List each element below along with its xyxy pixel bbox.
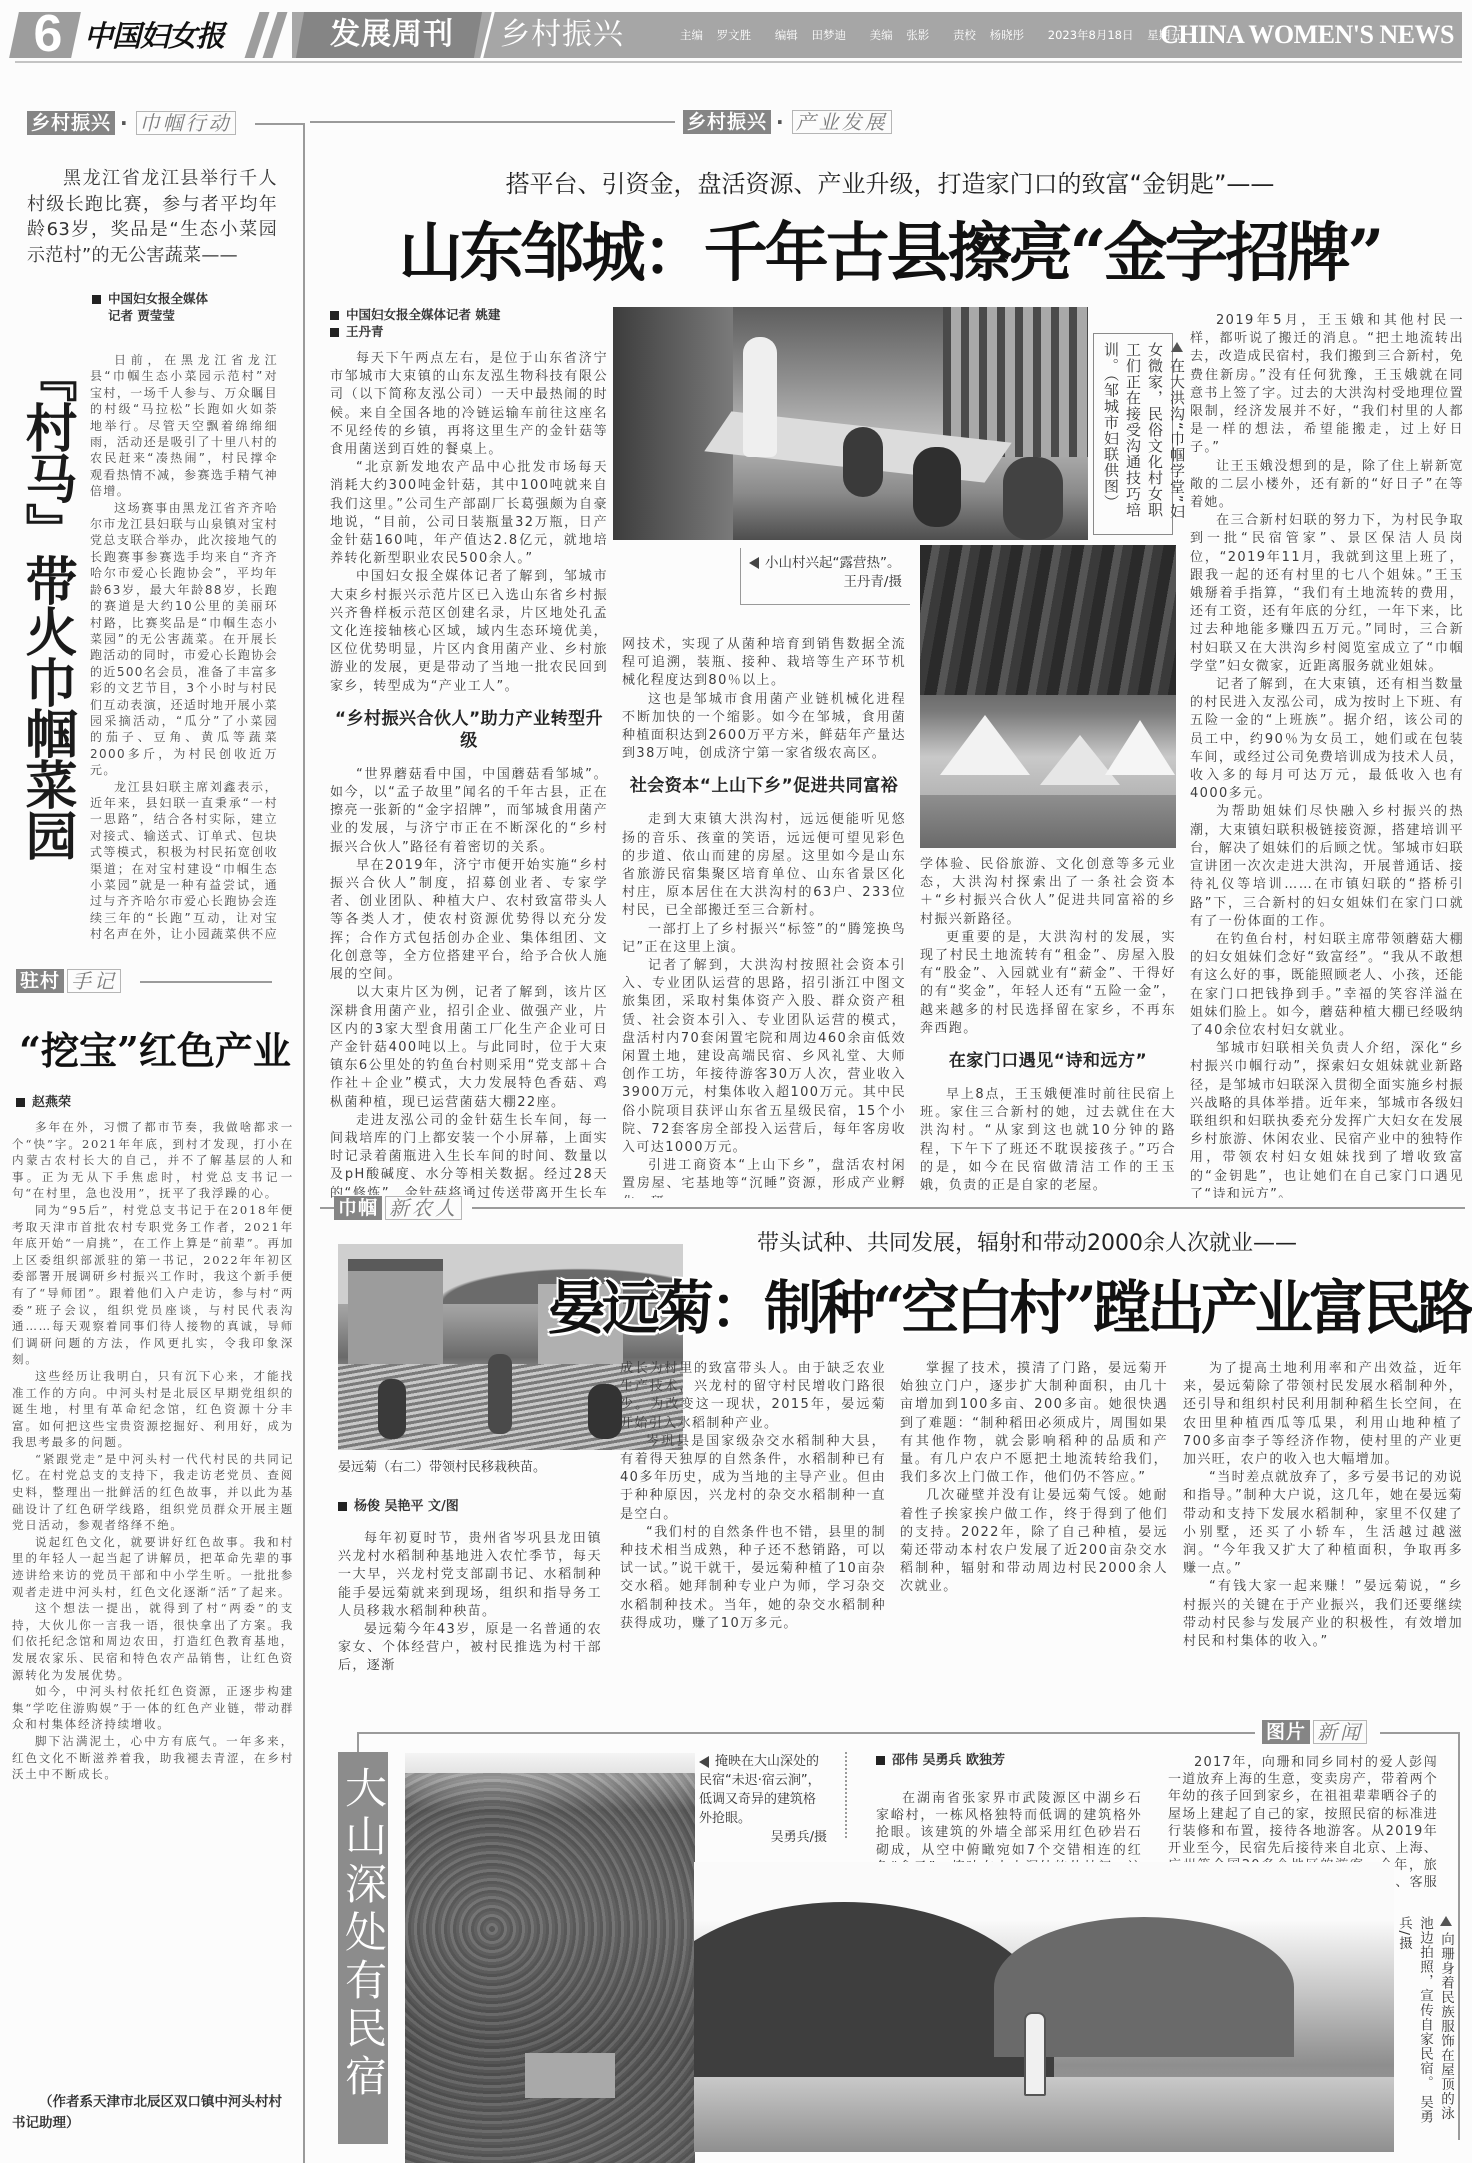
credit-role: 主编 [680,28,703,42]
paragraph: 在钓鱼台村，村妇联主席带领蘑菇大棚的妇女姐妹们念好“致富经”。“我从不敢想有这么… [1190,931,1464,1040]
photo-mountain-forest [405,1753,695,2163]
photo-caption-camping: 小山村兴起“露营热”。 王丹青/摄 [740,548,910,605]
feature-title-box: 大山深处有民宿 [338,1752,388,2144]
article-column-4: 为了提高土地利用率和产出效益，近年来，晏远菊除了带领村民发展水稻制种外，还引导和… [1183,1360,1463,1700]
frame-top-rule [357,1732,1255,1734]
byline-text: 杨俊 吴艳平 文/图 [354,1499,459,1514]
label-sub: 巾帼行动 [136,111,236,135]
photo-caption-box: 在大洪沟“巾帼学堂”妇女微家，民俗文化村女职工们正在接受沟通技巧培训。（邹城市妇… [1093,333,1173,535]
article-column-3: 学体验、民俗旅游、文化创意等多元业态，大洪沟村探索出了一条社会资本＋“乡村振兴合… [920,856,1176,1198]
label-main: 乡村振兴 [683,110,771,134]
caption-pointer-icon [749,557,759,569]
paragraph: 邹城市妇联相关负责人介绍，深化“乡村振兴巾帼行动”，探索妇女姐妹就业新路径，是邹… [1190,1040,1464,1198]
paragraph: 走进友泓公司的金针菇生长车间，每一间栽培库的门上都安装一个小屏幕，上面实时记录着… [330,1112,608,1198]
caption-text: 向珊身着民族服饰在屋顶的泳池边拍照，宣传自家民宿。 [1417,1916,1454,2121]
photo-seated-woman [843,427,883,497]
label-main: 驻村 [16,969,64,993]
english-masthead: CHINA WOMEN'S NEWS [1140,12,1454,58]
paragraph: 龙江县妇联主席刘鑫表示，近年来，县妇联一直秉承“一村一思路”，结合各村实际，建立… [90,779,278,942]
subheading: 社会资本“上山下乡”促进共同富裕 [622,775,906,797]
article-column-2: 网技术，实现了从菌种培育到销售数据全流程可追溯，装瓶、接种、栽培等生产环节机械化… [622,636,906,1198]
article-body: 多年在外，习惯了都市节奏，我做啥都求一个“快”字。2021年年底，到村才发现，打… [12,1119,294,2084]
caption-pointer-icon [1440,1916,1452,1926]
paragraph: 以大束片区为例，记者了解到，该片区深耕食用菌产业，招引企业、做强产业，片区内的3… [330,984,608,1111]
frame-right-rule [1458,1732,1460,2140]
photo-tent [1105,720,1175,775]
article-title: “挖宝”红色产业 [12,1026,298,1076]
byline-marker-icon [330,311,339,320]
credit-role: 美编 [870,28,893,42]
section-label-women-action: 乡村振兴 · 巾帼行动 [27,110,236,136]
section-separator [320,1207,1465,1209]
label-rule [310,121,675,123]
caption-pointer-icon [699,1756,709,1768]
paragraph: 几次碰壁并没有让晏远菊气馁。她耐着性子挨家挨户做工作，终于得到了他们的支持。20… [900,1487,1168,1596]
paragraph: 这些经历让我明白，只有沉下心来，才能找准工作的方向。中河头村是北辰区早期党组织的… [12,1368,294,1451]
frame-left-rule [357,1732,359,1752]
paragraph: 在三合新村妇联的努力下，为村民争取到一批“民宿管家”、景区保洁人员岗位，“201… [1190,512,1464,676]
byline-text: 邵伟 吴勇兵 欧独芳 [892,1753,1005,1768]
photo-standing-woman [743,337,777,457]
article-byline: 中国妇女报全媒体 记者 贾莹莹 [92,290,282,324]
photo-tent [940,715,1030,775]
editorial-credits: 主编 罗文胜 编辑 田梦迪 美编 张影 责校 杨晓彤 2023年8月18日 星期… [680,12,1192,58]
paragraph: 2019年5月，王玉娥和其他村民一样，都听说了搬迁的消息。“把土地流转出去，改造… [1190,312,1464,458]
section-label-village-notes: 驻村 手记 [16,968,121,994]
byline-marker-icon [338,1502,347,1511]
photo-caption-building: 掩映在大山深处的民宿“未迟·宿云涧”，低调又奇异的建筑格外抢眼。 吴勇兵/摄 [699,1752,827,1847]
paragraph: 让王玉娥没想到的是，除了住上崭新宽敞的二层小楼外，还有新的“好日子”在等着她。 [1190,458,1464,513]
paragraph: 走到大束镇大洪沟村，远远便能听见悠扬的音乐、孩童的笑语，远远便可望见彩色的步道、… [622,811,906,920]
label-rule [140,981,272,983]
label-sub: 新闻 [1313,1720,1367,1744]
paragraph-continued: 成长为村里的致富带头人。由于缺乏农业生产技术，兴龙村的留守村民增收门路很少。为改… [620,1360,886,1433]
paragraph: 早上8点，王玉娥便准时前往民宿上班。家住三合新村的她，过去就住在大洪沟村。“从家… [920,1086,1176,1195]
byline-text: 中国妇女报全媒体 [108,291,208,306]
paragraph: “紧跟党走”是中河头村一代代村民的共同记忆。在村党总支的支持下，我走访老党员、查… [12,1451,294,1534]
section-label-photo-news: 图片 新闻 [1262,1719,1367,1745]
photo-women-training-class [613,307,1088,540]
photo-farmer [488,1354,512,1434]
label-sub: 产业发展 [792,110,892,134]
article-column-1: 每年初夏时节，贵州省岑巩县龙田镇兴龙村水稻制种基地进入农忙季节，每天一大早，兴龙… [338,1530,602,1700]
author-note: （作者系天津市北辰区双口镇中河头村村书记助理） [12,2092,294,2134]
paragraph: 岑巩县是国家级杂交水稻制种大县，有着得天独厚的自然条件，水稻制种已有40多年历史… [620,1433,886,1524]
paragraph: “北京新发地农产品中心批发市场每天消耗大约300吨金针菇，其中100吨就来自我们… [330,459,608,568]
article-title-vertical: 『村马』带火巾帼菜园 [10,350,78,880]
subsection-title: 乡村振兴 [500,12,624,58]
paragraph: 这个想法一提出，就得到了村“两委”的支持，大伙儿你一言我一语，很快拿出了方案。我… [12,1600,294,1683]
credit-role: 编辑 [775,28,798,42]
byline-line: 中国妇女报全媒体记者 姚建 [330,306,610,323]
photo-woman-in-costume [1024,2012,1046,2096]
credit-name: 田梦迪 [811,28,846,42]
credit-editor-in-chief: 主编 罗文胜 [680,28,761,42]
paragraph: 引进工商资本“上山下乡”，盘活农村闲置房屋、宅基地等“沉睡”资源，形成产业孵化、… [622,1157,906,1198]
article-byline: 中国妇女报全媒体记者 姚建 王丹青 [330,306,610,340]
paragraph: 早在2019年，济宁市便开始实施“乡村振兴合伙人”制度，招募创业者、专家学者、创… [330,857,608,984]
paragraph: 一部打上了乡村振兴“标签”的“腾笼换鸟记”正在这里上演。 [622,921,906,957]
article-column-4: 2019年5月，王玉娥和其他村民一样，都听说了搬迁的消息。“把土地流转出去，改造… [1190,312,1464,1198]
photo-foliage-texture [405,1773,695,2163]
paragraph: 这也是邹城市食用菌产业链机械化进程不断加快的一个缩影。如今在邹城，食用菌种植面积… [622,691,906,764]
subheading: “乡村振兴合伙人”助力产业转型升级 [330,708,608,752]
paragraph: 同为“95后”，村党总支书记于在2018年便考取天津市首批农村专职党务工作者，2… [12,1202,294,1368]
label-dot: · [120,111,128,135]
byline-text: 记者 贾莹莹 [108,308,175,323]
byline-text: 赵燕荣 [32,1095,71,1110]
label-main: 乡村振兴 [27,111,115,135]
credit-name: 张影 [906,28,929,42]
label-sub: 手记 [67,969,121,993]
label-dot: · [776,110,784,134]
byline-text: 中国妇女报全媒体记者 姚建 [346,307,500,322]
photo-farmer [378,1379,406,1439]
photo-trees [920,545,1176,695]
article-deck: 黑龙江省龙江县举行千人村级长跑比赛，参与者平均年龄63岁，奖品是“生态小菜园示范… [27,166,277,268]
article-byline: 邵伟 吴勇兵 欧独芳 [876,1752,1005,1769]
photo-seated-woman [1003,457,1063,540]
article-headline: 山东邹城：千年古县擦亮“金字招牌” [360,218,1420,290]
paragraph: 多年在外，习惯了都市节奏，我做啥都求一个“快”字。2021年年底，到村才发现，打… [12,1119,294,1202]
section-label-new-farmer: 巾帼 新农人 [334,1195,472,1221]
issue-date: 2023年8月18日 [1048,28,1134,42]
credit-name: 杨晓彤 [990,28,1025,42]
paragraph: 脚下沾满泥土，心中方有底气。一年多来，红色文化不断滋养着我，助我褪去青涩，在乡村… [12,1733,294,1783]
photo-wall-shade [613,307,733,540]
caption-credit: 吴勇兵/摄 [699,1828,827,1847]
header-rule [15,61,1462,63]
paragraph: 为帮助姐妹们尽快融入乡村振兴的热潮，大束镇妇联积极链接资源，搭建培训平台，解决了… [1190,803,1464,930]
masthead-logo: 中国妇女报 [84,14,244,58]
article-column-1: 每天下午两点左右，是位于山东省济宁市邹城市大束镇的山东友泓生物科技有限公司（以下… [330,350,608,1198]
byline-line: 记者 贾莹莹 [92,307,282,324]
byline-line: 中国妇女报全媒体 [92,290,282,307]
byline-marker-icon [92,295,101,304]
photo-house [348,1259,443,1366]
dotted-divider [845,1752,847,1838]
label-main: 图片 [1262,1720,1310,1744]
section-label-industry: 乡村振兴 · 产业发展 [683,109,892,135]
paragraph: “世界蘑菇看中国，中国蘑菇看邹城”。如今，以“孟子故里”闻名的千年古县，正在擦亮… [330,766,608,857]
caption-pointer-icon [1171,342,1183,352]
paragraph: 这场赛事由黑龙江省齐齐哈尔市龙江县妇联与山泉镇对宝村党总支联合举办，此次接地气的… [90,500,278,779]
caption-credit: （邹城市妇联供图） [1102,374,1120,511]
label-main: 巾帼 [334,1196,382,1220]
credit-proofreader: 责校 杨晓彤 [953,28,1034,42]
photo-rooftop-pool-homestay [694,1862,1394,2152]
feature-title: 大山深处有民宿 [338,1766,388,2136]
label-sub: 新农人 [385,1196,462,1220]
newspaper-page: 6 中国妇女报 发展周刊 乡村振兴 主编 罗文胜 编辑 田梦迪 美编 张影 责校… [0,0,1472,2163]
paragraph: 晏远菊今年43岁，原是一名普通的农家女、个体经营户，被村民推选为村干部后，逐渐 [338,1621,602,1676]
byline-marker-icon [16,1098,25,1107]
paragraph: 记者了解到，大洪沟村按照社会资本引入、专业团队运营的思路，招引浙江中图文旅集团，… [622,957,906,1157]
caption-credit: 王丹青/摄 [749,573,902,592]
paragraph: 如今，中河头村依托红色资源，正逐步构建集“学吃住游购娱”于一体的红色产业链，带动… [12,1683,294,1733]
label-rule [255,123,305,125]
caption-text: 掩映在大山深处的民宿“未迟·宿云涧”，低调又奇异的建筑格外抢眼。 [699,1754,821,1826]
article-byline: 杨俊 吴艳平 文/图 [338,1498,459,1515]
paragraph: 记者了解到，在大束镇，还有相当数量的村民进入友泓公司，成为按时上下班、有五险一金… [1190,676,1464,803]
paragraph: “我们村的自然条件也不错，县里的制种技术相当成熟，种子还不愁销路，可以试一试。”… [620,1524,886,1633]
paragraph: 日前，在黑龙江省龙江县“巾帼生态小菜园示范村”对宝村，一场千人参与、万众瞩目的村… [90,352,278,500]
frame-top-rule [1380,1732,1460,1734]
photo-ground [920,795,1176,848]
article-byline: 赵燕荣 [16,1094,71,1111]
caption-text: 小山村兴起“露营热”。 [765,555,901,571]
paragraph-continued: 学体验、民俗旅游、文化创意等多元业态，大洪沟村探索出了一条社会资本＋“乡村振兴合… [920,856,1176,929]
page-number: 6 [22,6,74,62]
credit-role: 责校 [953,28,976,42]
paragraph: “当时差点就放弃了，多亏晏书记的劝说和指导。”制种大户说，这几年，她在晏远菊带动… [1183,1469,1463,1578]
byline-text: 王丹青 [346,324,384,339]
paragraph: 更重要的是，大洪沟村的发展，实现了村民土地流转有“租金”、房屋入股有“股金”、入… [920,929,1176,1038]
paragraph-continued: 网技术，实现了从菌种培育到销售数据全流程可追溯，装瓶、接种、栽培等生产环节机械化… [622,636,906,691]
byline-marker-icon [330,328,339,337]
photo-farmer [588,1384,622,1439]
photo-caption-pool: 向珊身着民族服饰在屋顶的泳池边拍照，宣传自家民宿。 吴勇兵/摄 [1408,1916,1456,2134]
credit-art-editor: 美编 张影 [870,28,940,42]
section-title: 发展周刊 [312,12,472,58]
article-column-3: 掌握了技术，摸清了门路，晏远菊开始独立门户，逐步扩大制种面积，由几十亩增加到10… [900,1360,1168,1700]
article-deck: 搭平台、引资金，盘活资源、产业升级，打造家门口的致富“金钥匙”—— [400,168,1380,200]
paragraph: 中国妇女报全媒体记者了解到，邹城市大束乡村振兴示范片区已入选山东省乡村振兴齐鲁样… [330,568,608,695]
byline-marker-icon [876,1756,885,1765]
photo-camping-tents [920,545,1176,848]
credit-name: 罗文胜 [717,28,752,42]
article-column-2: 成长为村里的致富带头人。由于缺乏农业生产技术，兴龙村的留守村民增收门路很少。为改… [620,1360,886,1700]
article-body: 日前，在黑龙江省龙江县“巾帼生态小菜园示范村”对宝村，一场千人参与、万众瞩目的村… [90,352,278,942]
paragraph: “有钱大家一起来赚！”晏远菊说，“乡村振兴的关键在于产业振兴，我们还要继续带动村… [1183,1578,1463,1651]
paragraph: 每年初夏时节，贵州省岑巩县龙田镇兴龙村水稻制种基地进入农忙季节，每天一大早，兴龙… [338,1530,602,1621]
paragraph: 掌握了技术，摸清了门路，晏远菊开始独立门户，逐步扩大制种面积，由几十亩增加到10… [900,1360,1168,1487]
paragraph: 说起红色文化，就要讲好红色故事。我和村里的年轻人一起当起了讲解员，把革命先辈的事… [12,1534,294,1600]
byline-line: 王丹青 [330,323,610,340]
credit-editor: 编辑 田梦迪 [775,28,856,42]
paragraph: 每天下午两点左右，是位于山东省济宁市邹城市大束镇的山东友泓生物科技有限公司（以下… [330,350,608,459]
photo-homestay-building [525,2053,615,2098]
article-headline: 晏远菊：制种“空白村”蹚出产业富民路 [548,1273,1468,1343]
column-divider [303,123,305,2163]
photo-bookshelf [943,307,1088,457]
photo-caption-training: 在大洪沟“巾帼学堂”妇女微家，民俗文化村女职工们正在接受沟通技巧培训。（邹城市妇… [1100,342,1188,528]
paragraph: 为了提高土地利用率和产出效益，近年来，晏远菊除了带领村民发展水稻制种外，还引导和… [1183,1360,1463,1469]
subheading: 在家门口遇见“诗和远方” [920,1050,1176,1072]
photo-seated-woman [913,447,961,527]
article-deck: 带头试种、共同发展，辐射和带动2000余人次就业—— [757,1230,1267,1258]
